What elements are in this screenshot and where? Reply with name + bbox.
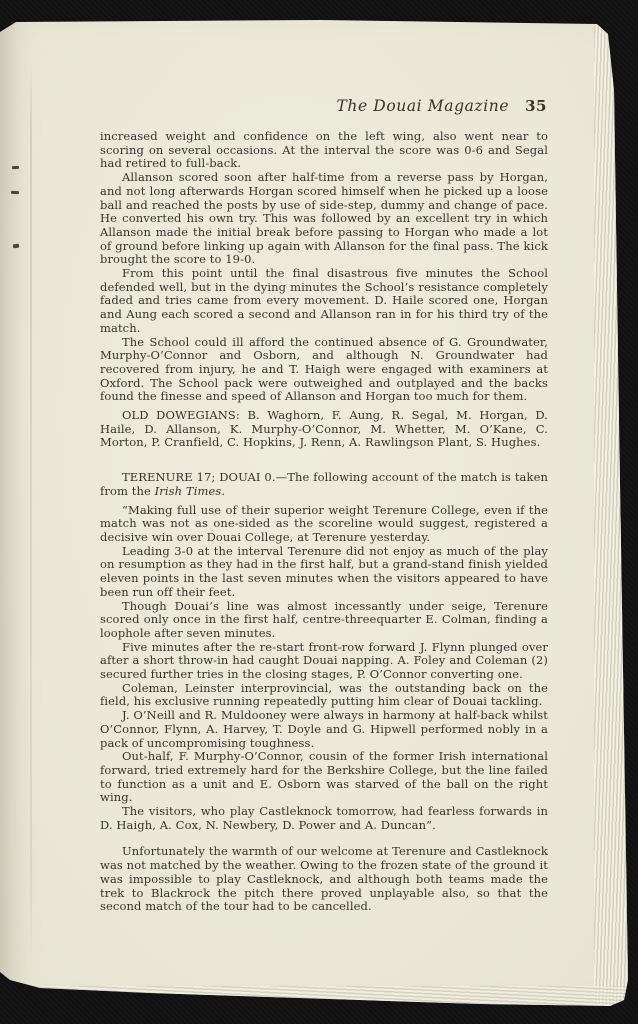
text-segment: From this point until the final disastro… [100, 266, 548, 335]
text-segment: Coleman, Leinster interprovincial, was t… [100, 681, 548, 709]
paragraph: Unfortunately the warmth of our welcome … [100, 845, 548, 914]
text-segment: “Making full use of their superior weigh… [100, 503, 548, 544]
paragraph: Leading 3-0 at the interval Terenure did… [100, 545, 548, 600]
margin-mark [13, 244, 19, 249]
text-segment: . [221, 484, 225, 498]
paragraph: Out-half, F. Murphy-O’Connor, cousin of … [100, 750, 548, 805]
paragraph: increased weight and confidence on the l… [100, 130, 548, 171]
text-segment: The visitors, who play Castleknock tomor… [100, 804, 548, 832]
paragraph: TERENURE 17; DOUAI 0.—The following acco… [100, 471, 548, 498]
margin-mark [11, 191, 19, 194]
printed-content: The Douai Magazine35 increased weight an… [100, 96, 548, 914]
text-segment: Though Douai’s line was almost incessant… [100, 599, 548, 640]
text-segment: Allanson scored soon after half-time fro… [100, 170, 548, 266]
text-segment: Five minutes after the re-start front-ro… [100, 640, 548, 681]
page-header: The Douai Magazine35 [100, 96, 548, 115]
paragraph: Coleman, Leinster interprovincial, was t… [100, 682, 548, 709]
page-number: 35 [525, 97, 547, 115]
text-segment: increased weight and confidence on the l… [100, 129, 548, 170]
text-segment: J. O’Neill and R. Muldooney were always … [100, 708, 548, 749]
paragraph: Though Douai’s line was almost incessant… [100, 600, 548, 641]
page-body: increased weight and confidence on the l… [100, 130, 548, 914]
paragraph: The visitors, who play Castleknock tomor… [100, 805, 548, 832]
text-segment: Leading 3-0 at the interval Terenure did… [100, 544, 548, 599]
paragraph: OLD DOWEGIANS: B. Waghorn, F. Aung, R. S… [100, 409, 548, 450]
text-segment: OLD DOWEGIANS: B. Waghorn, F. Aung, R. S… [100, 408, 548, 449]
text-segment: Irish Times [155, 484, 222, 498]
paragraph: “Making full use of their superior weigh… [100, 504, 548, 545]
spine-fold-line [30, 60, 32, 980]
paragraph: From this point until the final disastro… [100, 267, 548, 336]
margin-mark [12, 166, 19, 169]
text-segment: The School could ill afford the continue… [100, 335, 548, 404]
magazine-title: The Douai Magazine [336, 97, 509, 115]
paragraph: Five minutes after the re-start front-ro… [100, 641, 548, 682]
paragraph: J. O’Neill and R. Muldooney were always … [100, 709, 548, 750]
scanned-page: The Douai Magazine35 increased weight an… [0, 0, 638, 1024]
paragraph: Allanson scored soon after half-time fro… [100, 171, 548, 267]
paragraph: The School could ill afford the continue… [100, 336, 548, 405]
text-segment: Unfortunately the warmth of our welcome … [100, 844, 548, 913]
text-segment: Out-half, F. Murphy-O’Connor, cousin of … [100, 749, 548, 804]
